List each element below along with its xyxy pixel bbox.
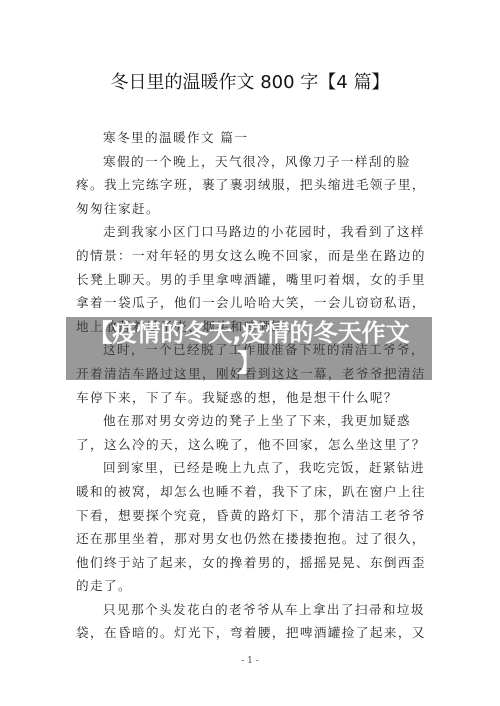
text-line: 回到家里，已经是晚上九点了，我吃完饭，赶紧钻进 — [76, 456, 432, 480]
text-line: 还在那里坐着，那对男女也仍然在搂搂抱抱。过了很久， — [76, 527, 432, 551]
text-line: 寒假的一个晚上，天气很冷，风像刀子一样刮的脸 — [76, 150, 432, 174]
overlay-title-line-1: 【疫情的冬天,疫情的冬天作文 — [66, 318, 432, 348]
text-line: 的走了。 — [76, 574, 432, 598]
text-line: 匆匆往家赶。 — [76, 197, 432, 221]
text-line: 暖和的被窝，却怎么也睡不着，我下了床，趴在窗户上往 — [76, 480, 432, 504]
text-line: 拿着一袋瓜子，他们一会儿哈哈大笑，一会儿窃窃私语， — [76, 291, 432, 315]
text-line: 了，这么冷的天，这么晚了，他不回家，怎么坐这里了？ — [76, 433, 432, 457]
text-line: 他们终于站了起来，女的搀着男的，摇摇晃晃、东倒西歪 — [76, 551, 432, 575]
text-line: 袋，在昏暗的。灯光下，弯着腰，把啤酒罐捡了起来，又 — [76, 621, 432, 645]
page-number: - 1 - — [0, 656, 500, 666]
overlay-title-line-2: 】 — [66, 348, 432, 378]
text-line: 寒冬里的温暖作文 篇一 — [76, 126, 432, 150]
text-line: 走到我家小区门口马路边的小花园时，我看到了这样 — [76, 220, 432, 244]
text-line: 只见那个头发花白的老爷爷从车上拿出了扫帚和垃圾 — [76, 598, 432, 622]
text-line: 长凳上聊天。男的手里拿啤酒罐，嘴里叼着烟，女的手里 — [76, 268, 432, 292]
text-line: 的情景：一对年轻的男女这么晚不回家，而是坐在路边的 — [76, 244, 432, 268]
overlay-title: 【疫情的冬天,疫情的冬天作文 】 — [66, 318, 432, 378]
text-line: 疼。我上完练字班，裹了裹羽绒服，把头缩进毛领子里， — [76, 173, 432, 197]
text-line: 他在那对男女旁边的凳子上坐了下来，我更加疑惑 — [76, 409, 432, 433]
text-line: 下看，想要探个究竟，昏黄的路灯下，那个清洁工老爷爷 — [76, 504, 432, 528]
document-title: 冬日里的温暖作文 800 字【4 篇】 — [0, 68, 500, 94]
text-line: 车停下来，下了车。我疑惑的想，他是想干什么呢？ — [76, 386, 432, 410]
document-body: 寒冬里的温暖作文 篇一 寒假的一个晚上，天气很冷，风像刀子一样刮的脸 疼。我上完… — [76, 126, 432, 645]
